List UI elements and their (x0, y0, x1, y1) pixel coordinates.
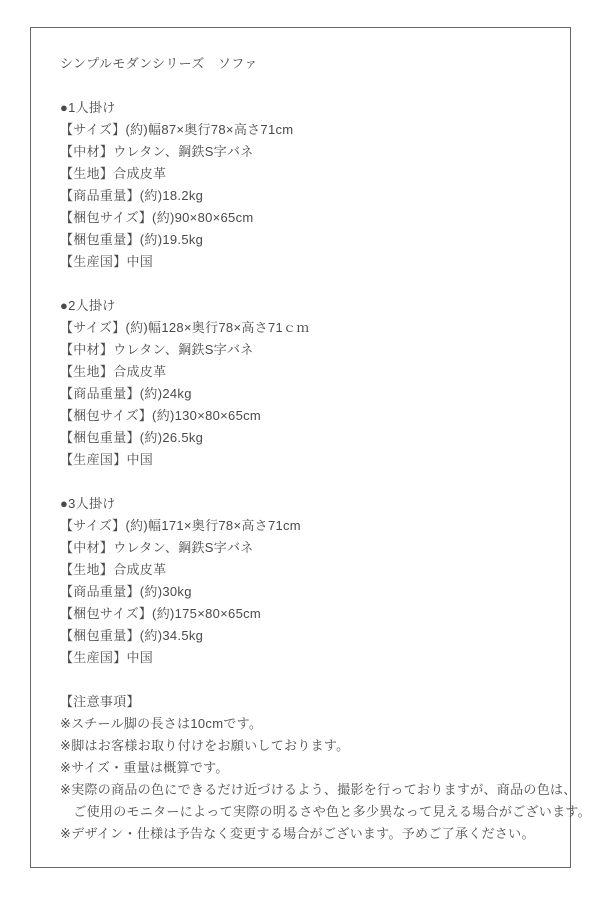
spec-line-fabric: 【生地】合成皮革 (60, 163, 550, 185)
section-1-seater: ●1人掛け 【サイズ】(約)幅87×奥行78×高さ71cm 【中材】ウレタン、鋼… (60, 97, 550, 273)
spec-line-package-size: 【梱包サイズ】(約)175×80×65cm (60, 603, 550, 625)
spec-line-package-size: 【梱包サイズ】(約)130×80×65cm (60, 405, 550, 427)
note-line: ※デザイン・仕様は予告なく変更する場合がございます。予めご了承ください。 (60, 823, 550, 845)
note-line-continuation: ご使用のモニターによって実際の明るさや色と多少異なって見える場合がございます。 (60, 801, 550, 823)
spec-line-size: 【サイズ】(約)幅171×奥行78×高さ71cm (60, 515, 550, 537)
note-line: ※スチール脚の長さは10cmです。 (60, 713, 550, 735)
spec-line-size: 【サイズ】(約)幅87×奥行78×高さ71cm (60, 119, 550, 141)
spec-line-country: 【生産国】中国 (60, 251, 550, 273)
spec-line-filling: 【中材】ウレタン、鋼鉄S字バネ (60, 141, 550, 163)
product-title: シンプルモダンシリーズ ソファ (60, 53, 550, 75)
section-3-seater: ●3人掛け 【サイズ】(約)幅171×奥行78×高さ71cm 【中材】ウレタン、… (60, 493, 550, 669)
note-line: ※サイズ・重量は概算です。 (60, 757, 550, 779)
spec-line-weight: 【商品重量】(約)30kg (60, 581, 550, 603)
spec-line-package-weight: 【梱包重量】(約)26.5kg (60, 427, 550, 449)
spec-line-fabric: 【生地】合成皮革 (60, 361, 550, 383)
spec-line-package-size: 【梱包サイズ】(約)90×80×65cm (60, 207, 550, 229)
spec-line-filling: 【中材】ウレタン、鋼鉄S字バネ (60, 537, 550, 559)
section-2-seater: ●2人掛け 【サイズ】(約)幅128×奥行78×高さ71ｃｍ 【中材】ウレタン、… (60, 295, 550, 471)
spec-line-package-weight: 【梱包重量】(約)19.5kg (60, 229, 550, 251)
note-line: ※脚はお客様お取り付けをお願いしております。 (60, 735, 550, 757)
product-spec-panel: シンプルモダンシリーズ ソファ ●1人掛け 【サイズ】(約)幅87×奥行78×高… (30, 27, 571, 868)
spec-line-country: 【生産国】中国 (60, 449, 550, 471)
section-heading: ●2人掛け (60, 295, 550, 317)
spec-line-package-weight: 【梱包重量】(約)34.5kg (60, 625, 550, 647)
notes-section: 【注意事項】 ※スチール脚の長さは10cmです。 ※脚はお客様お取り付けをお願い… (60, 691, 550, 845)
spec-line-country: 【生産国】中国 (60, 647, 550, 669)
spec-line-weight: 【商品重量】(約)24kg (60, 383, 550, 405)
spec-line-fabric: 【生地】合成皮革 (60, 559, 550, 581)
spec-line-weight: 【商品重量】(約)18.2kg (60, 185, 550, 207)
section-heading: ●1人掛け (60, 97, 550, 119)
section-heading: ●3人掛け (60, 493, 550, 515)
spec-line-filling: 【中材】ウレタン、鋼鉄S字バネ (60, 339, 550, 361)
spec-line-size: 【サイズ】(約)幅128×奥行78×高さ71ｃｍ (60, 317, 550, 339)
notes-heading: 【注意事項】 (60, 691, 550, 713)
note-line: ※実際の商品の色にできるだけ近づけるよう、撮影を行っておりますが、商品の色は、 (60, 779, 550, 801)
